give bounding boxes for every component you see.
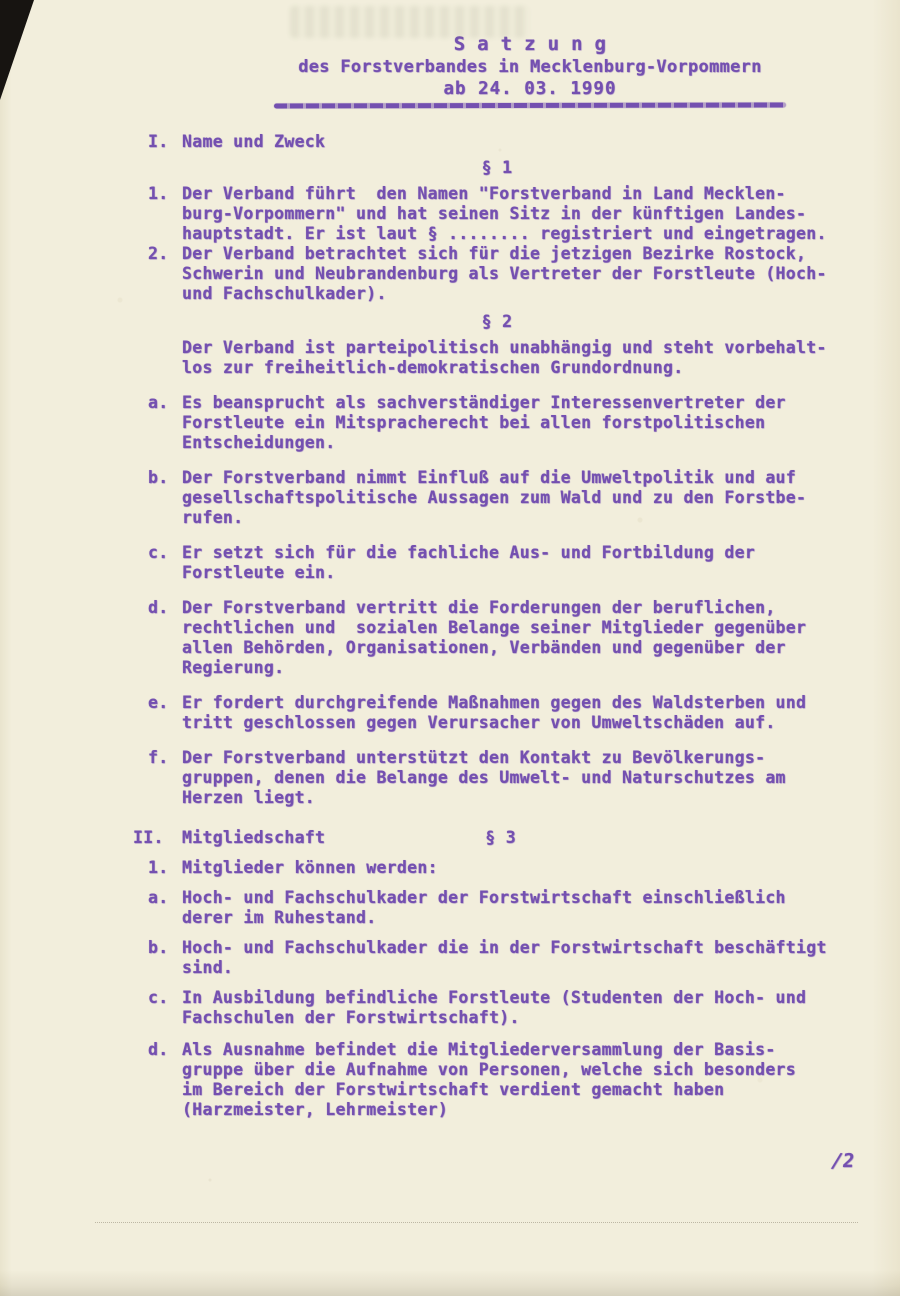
paragraph-mark-1: § 1 <box>182 158 812 178</box>
item-text: Es beansprucht als sachverständiger Inte… <box>182 393 786 453</box>
scan-dotted-line-artifact <box>95 1222 858 1223</box>
item-text: Der Verband betrachtet sich für die jetz… <box>182 244 827 304</box>
paragraph-text: Der Verband ist parteipolitisch unabhäng… <box>182 338 827 378</box>
item-text: Der Forstverband unterstützt den Kontakt… <box>182 748 786 808</box>
item-label: 1. <box>148 184 182 204</box>
document-body: I. Name und Zweck § 1 1. Der Verband füh… <box>0 132 900 1120</box>
section-title: Mitgliedschaft <box>182 828 325 848</box>
lettered-item: d. Als Ausnahme befindet die Mitgliederv… <box>148 1040 854 1120</box>
item-text: Er fordert durchgreifende Maßnahmen gege… <box>182 693 806 733</box>
section-heading-2: II. Mitgliedschaft § 3 <box>133 828 854 848</box>
paragraph-mark-3: § 3 <box>485 828 516 848</box>
section-title: Name und Zweck <box>182 132 325 152</box>
item-text: In Ausbildung befindliche Forstleute (St… <box>182 988 806 1028</box>
item-label: c. <box>148 543 182 563</box>
item-text: Hoch- und Fachschulkader die in der Fors… <box>182 938 827 978</box>
item-label: c. <box>148 988 182 1008</box>
lettered-item: c. Er setzt sich für die fachliche Aus- … <box>148 543 854 583</box>
lettered-item: a. Es beansprucht als sachverständiger I… <box>148 393 854 453</box>
item-label: f. <box>148 748 182 768</box>
item-label: b. <box>148 938 182 958</box>
item-label: d. <box>148 1040 182 1060</box>
paragraph-mark-2: § 2 <box>182 312 812 332</box>
numbered-item: 1. Der Verband führt den Namen "Forstver… <box>148 184 854 244</box>
item-label: a. <box>148 888 182 908</box>
numbered-item: 1. Mitglieder können werden: <box>148 858 854 878</box>
item-text: Der Verband führt den Namen "Forstverban… <box>182 184 827 244</box>
page-number: /2 <box>829 1150 856 1172</box>
lettered-item: e. Er fordert durchgreifende Maßnahmen g… <box>148 693 854 733</box>
item-label: d. <box>148 598 182 618</box>
title-rule <box>274 102 786 108</box>
lettered-item: b. Der Forstverband nimmt Einfluß auf di… <box>148 468 854 528</box>
item-text: Der Forstverband nimmt Einfluß auf die U… <box>182 468 806 528</box>
numbered-item: 2. Der Verband betrachtet sich für die j… <box>148 244 854 304</box>
item-label: 1. <box>148 858 182 878</box>
scanned-document-page: S a t z u n g des Forstverbandes in Meck… <box>0 0 900 1296</box>
document-dateline: ab 24. 03. 1990 <box>250 78 810 100</box>
item-text: Als Ausnahme befindet die Mitgliedervers… <box>182 1040 796 1120</box>
item-label: b. <box>148 468 182 488</box>
item-text: Er setzt sich für die fachliche Aus- und… <box>182 543 755 583</box>
document-header: S a t z u n g des Forstverbandes in Meck… <box>250 0 810 108</box>
lettered-item: d. Der Forstverband vertritt die Forderu… <box>148 598 854 678</box>
item-text: Hoch- und Fachschulkader der Forstwirtsc… <box>182 888 786 928</box>
item-label: e. <box>148 693 182 713</box>
item-label: a. <box>148 393 182 413</box>
intro-paragraph: Der Verband ist parteipolitisch unabhäng… <box>148 338 854 378</box>
scan-corner-artifact <box>0 0 34 100</box>
section-heading-1: I. Name und Zweck <box>148 132 854 152</box>
lettered-item: b. Hoch- und Fachschulkader die in der F… <box>148 938 854 978</box>
item-text: Der Forstverband vertritt die Forderunge… <box>182 598 806 678</box>
document-subtitle: des Forstverbandes in Mecklenburg-Vorpom… <box>250 56 810 78</box>
faded-stamp <box>290 6 530 38</box>
lettered-item: c. In Ausbildung befindliche Forstleute … <box>148 988 854 1028</box>
lettered-item: a. Hoch- und Fachschulkader der Forstwir… <box>148 888 854 928</box>
section-number: II. <box>133 828 182 848</box>
lettered-item: f. Der Forstverband unterstützt den Kont… <box>148 748 854 808</box>
section-number: I. <box>148 132 182 152</box>
item-label: 2. <box>148 244 182 264</box>
item-text: Mitglieder können werden: <box>182 858 438 878</box>
